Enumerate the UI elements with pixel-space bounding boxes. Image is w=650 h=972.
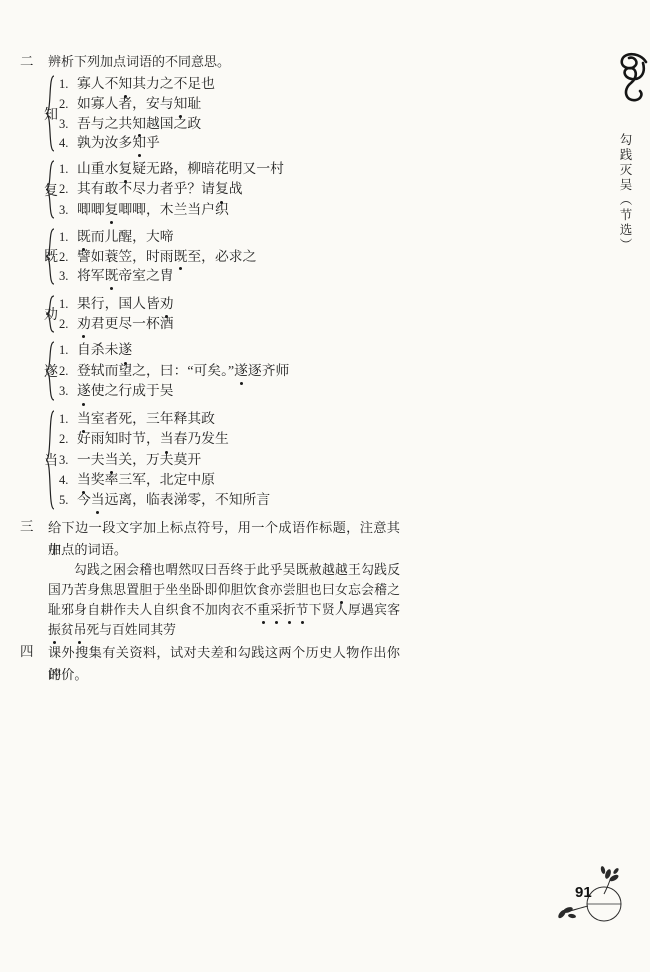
item-number: 2. (59, 315, 77, 335)
exercise3-title: 给下边一段文字加上标点符号，用一个成语作标题，注意其中加点的词语。 (48, 517, 400, 561)
item-number: 2. (59, 95, 77, 115)
item-text: 如寡人者，安与知耻 (77, 96, 201, 111)
exercise-item: 2.好雨知时节，当春乃发生 (59, 429, 270, 449)
exercise-item: 2.其有敢不尽力者乎？请复战 (59, 179, 284, 199)
item-text: 当奖率三军，北定中原 (77, 472, 215, 487)
item-number: 3. (59, 267, 77, 287)
item-text: 其有敢不尽力者乎？请复战 (77, 181, 243, 196)
brace-icon (44, 74, 56, 153)
word-group-fu: 复 1.山重水复疑无路，柳暗花明又一村2.其有敢不尽力者乎？请复战3.唧唧复唧唧… (44, 159, 284, 220)
word-group-ji: 既 1.既而儿醒，大啼2.譬如蓑笠，时雨既至，必求之3.将军既帝室之胄 (44, 227, 256, 286)
text-line: 加点的词语。 (48, 539, 400, 561)
text-line: 评价。 (48, 664, 400, 686)
text-line: 国乃苦身焦思置胆于坐坐卧即仰胆饮食亦尝胆也曰女忘会稽之 (48, 580, 400, 600)
item-text: 一夫当关，万夫莫开 (77, 452, 201, 467)
item-text: 孰为汝多知乎 (77, 135, 160, 150)
item-number: 3. (59, 115, 77, 135)
word-group-dang: 当 1.当室者死，三年释其政2.好雨知时节，当春乃发生3.一夫当关，万夫莫开4.… (44, 409, 270, 510)
exercise-item: 2.譬如蓑笠，时雨既至，必求之 (59, 247, 256, 267)
exercise-item: 3.吾与之共知越国之政 (59, 114, 215, 134)
item-number: 1. (59, 75, 77, 95)
item-number: 1. (59, 409, 77, 429)
exercise-item: 1.既而儿醒，大啼 (59, 227, 256, 247)
exercise-item: 3.将军既帝室之胄 (59, 266, 256, 286)
exercise-item: 1.当室者死，三年释其政 (59, 409, 270, 429)
item-number: 1. (59, 159, 77, 179)
exercise-item: 2.如寡人者，安与知耻 (59, 94, 215, 114)
item-text: 譬如蓑笠，时雨既至，必求之 (77, 249, 256, 264)
item-text: 果行，国人皆劝 (77, 296, 174, 311)
item-text: 寡人不知其力之不足也 (77, 76, 215, 91)
item-number: 2. (59, 361, 77, 382)
exercise-item: 2.登轼而望之，曰：“可矣。”遂逐齐师 (59, 361, 289, 382)
item-text: 劝君更尽一杯酒 (77, 316, 174, 331)
group-items: 1.寡人不知其力之不足也2.如寡人者，安与知耻3.吾与之共知越国之政4.孰为汝多… (59, 74, 215, 153)
exercise-item: 5.今当远离，临表涕零，不知所言 (59, 490, 270, 510)
exercise-item: 1.自杀未遂 (59, 340, 289, 361)
item-number: 2. (59, 179, 77, 199)
exercise-item: 3.唧唧复唧唧，木兰当户织 (59, 200, 284, 220)
exercise3-passage: 勾践之困会稽也喟然叹曰吾终于此乎吴既赦越越王勾践反国乃苦身焦思置胆于坐坐卧即仰胆… (48, 560, 400, 640)
group-items: 1.既而儿醒，大啼2.譬如蓑笠，时雨既至，必求之3.将军既帝室之胄 (59, 227, 256, 286)
item-number: 1. (59, 228, 77, 248)
item-number: 5. (59, 490, 77, 510)
item-number: 4. (59, 134, 77, 154)
item-text: 当室者死，三年释其政 (77, 411, 215, 426)
item-text: 遂使之行成于吴 (77, 383, 174, 398)
item-text: 自杀未遂 (77, 342, 132, 357)
group-items: 1.自杀未遂2.登轼而望之，曰：“可矣。”遂逐齐师3.遂使之行成于吴 (59, 340, 289, 402)
item-text: 唧唧复唧唧，木兰当户织 (77, 202, 229, 217)
text-line: 耻邪身自耕作夫人自织食不加肉衣不重采折节下贤人厚遇宾客 (48, 600, 400, 620)
brace-icon (44, 159, 56, 220)
word-group-quan: 劝 1.果行，国人皆劝2.劝君更尽一杯酒 (44, 294, 174, 334)
exercise-item: 1.果行，国人皆劝 (59, 294, 174, 314)
exercise-item: 1.寡人不知其力之不足也 (59, 74, 215, 94)
group-items: 1.山重水复疑无路，柳暗花明又一村2.其有敢不尽力者乎？请复战3.唧唧复唧唧，木… (59, 159, 284, 220)
text-line: 课外搜集有关资料，试对夫差和勾践这两个历史人物作出你的 (48, 642, 400, 664)
exercise-item: 1.山重水复疑无路，柳暗花明又一村 (59, 159, 284, 179)
item-text: 吾与之共知越国之政 (77, 116, 201, 131)
group-items: 1.当室者死，三年释其政2.好雨知时节，当春乃发生3.一夫当关，万夫莫开4.当奖… (59, 409, 270, 510)
word-group-zhi: 知 1.寡人不知其力之不足也2.如寡人者，安与知耻3.吾与之共知越国之政4.孰为… (44, 74, 215, 153)
item-text: 山重水复疑无路，柳暗花明又一村 (77, 161, 284, 176)
exercise2-number: 二 (20, 54, 34, 70)
exercise-item: 3.遂使之行成于吴 (59, 381, 289, 402)
floral-ornament-icon (548, 858, 640, 942)
flourish-icon (610, 50, 650, 110)
exercise3-number: 三 (20, 519, 34, 535)
exercise-item: 4.当奖率三军，北定中原 (59, 470, 270, 490)
item-number: 3. (59, 200, 77, 220)
item-number: 1. (59, 295, 77, 315)
text-line: 勾践之困会稽也喟然叹曰吾终于此乎吴既赦越越王勾践反 (48, 560, 400, 580)
item-number: 4. (59, 470, 77, 490)
item-text: 将军既帝室之胄 (77, 268, 174, 283)
exercise4-number: 四 (20, 644, 34, 660)
brace-icon (44, 227, 56, 286)
item-number: 3. (59, 381, 77, 402)
page-number: 91 (575, 884, 592, 901)
item-text: 好雨知时节，当春乃发生 (77, 431, 229, 446)
item-text: 今当远离，临表涕零，不知所言 (77, 492, 270, 507)
item-number: 2. (59, 429, 77, 449)
item-number: 1. (59, 340, 77, 361)
group-items: 1.果行，国人皆劝2.劝君更尽一杯酒 (59, 294, 174, 334)
margin-chapter-title: 勾践灭吴（节选） (616, 133, 634, 253)
exercise-item: 4.孰为汝多知乎 (59, 133, 215, 153)
brace-icon (44, 409, 56, 511)
word-group-sui: 遂 1.自杀未遂2.登轼而望之，曰：“可矣。”遂逐齐师3.遂使之行成于吴 (44, 340, 289, 402)
text-line: 给下边一段文字加上标点符号，用一个成语作标题，注意其中 (48, 517, 400, 539)
brace-icon (44, 340, 56, 402)
item-text: 登轼而望之，曰：“可矣。”遂逐齐师 (77, 363, 289, 378)
item-number: 3. (59, 450, 77, 470)
item-text: 既而儿醒，大啼 (77, 229, 174, 244)
textbook-page: 勾践灭吴（节选） 二 辨析下列加点词语的不同意思。 知 1.寡人不知其力之不足也… (0, 0, 650, 972)
item-number: 2. (59, 248, 77, 268)
brace-icon (44, 294, 56, 334)
exercise-item: 2.劝君更尽一杯酒 (59, 314, 174, 334)
text-line: 振贫吊死与百姓同其劳 (48, 620, 400, 640)
exercise4-title: 课外搜集有关资料，试对夫差和勾践这两个历史人物作出你的评价。 (48, 642, 400, 686)
exercise2-title: 辨析下列加点词语的不同意思。 (48, 54, 230, 70)
